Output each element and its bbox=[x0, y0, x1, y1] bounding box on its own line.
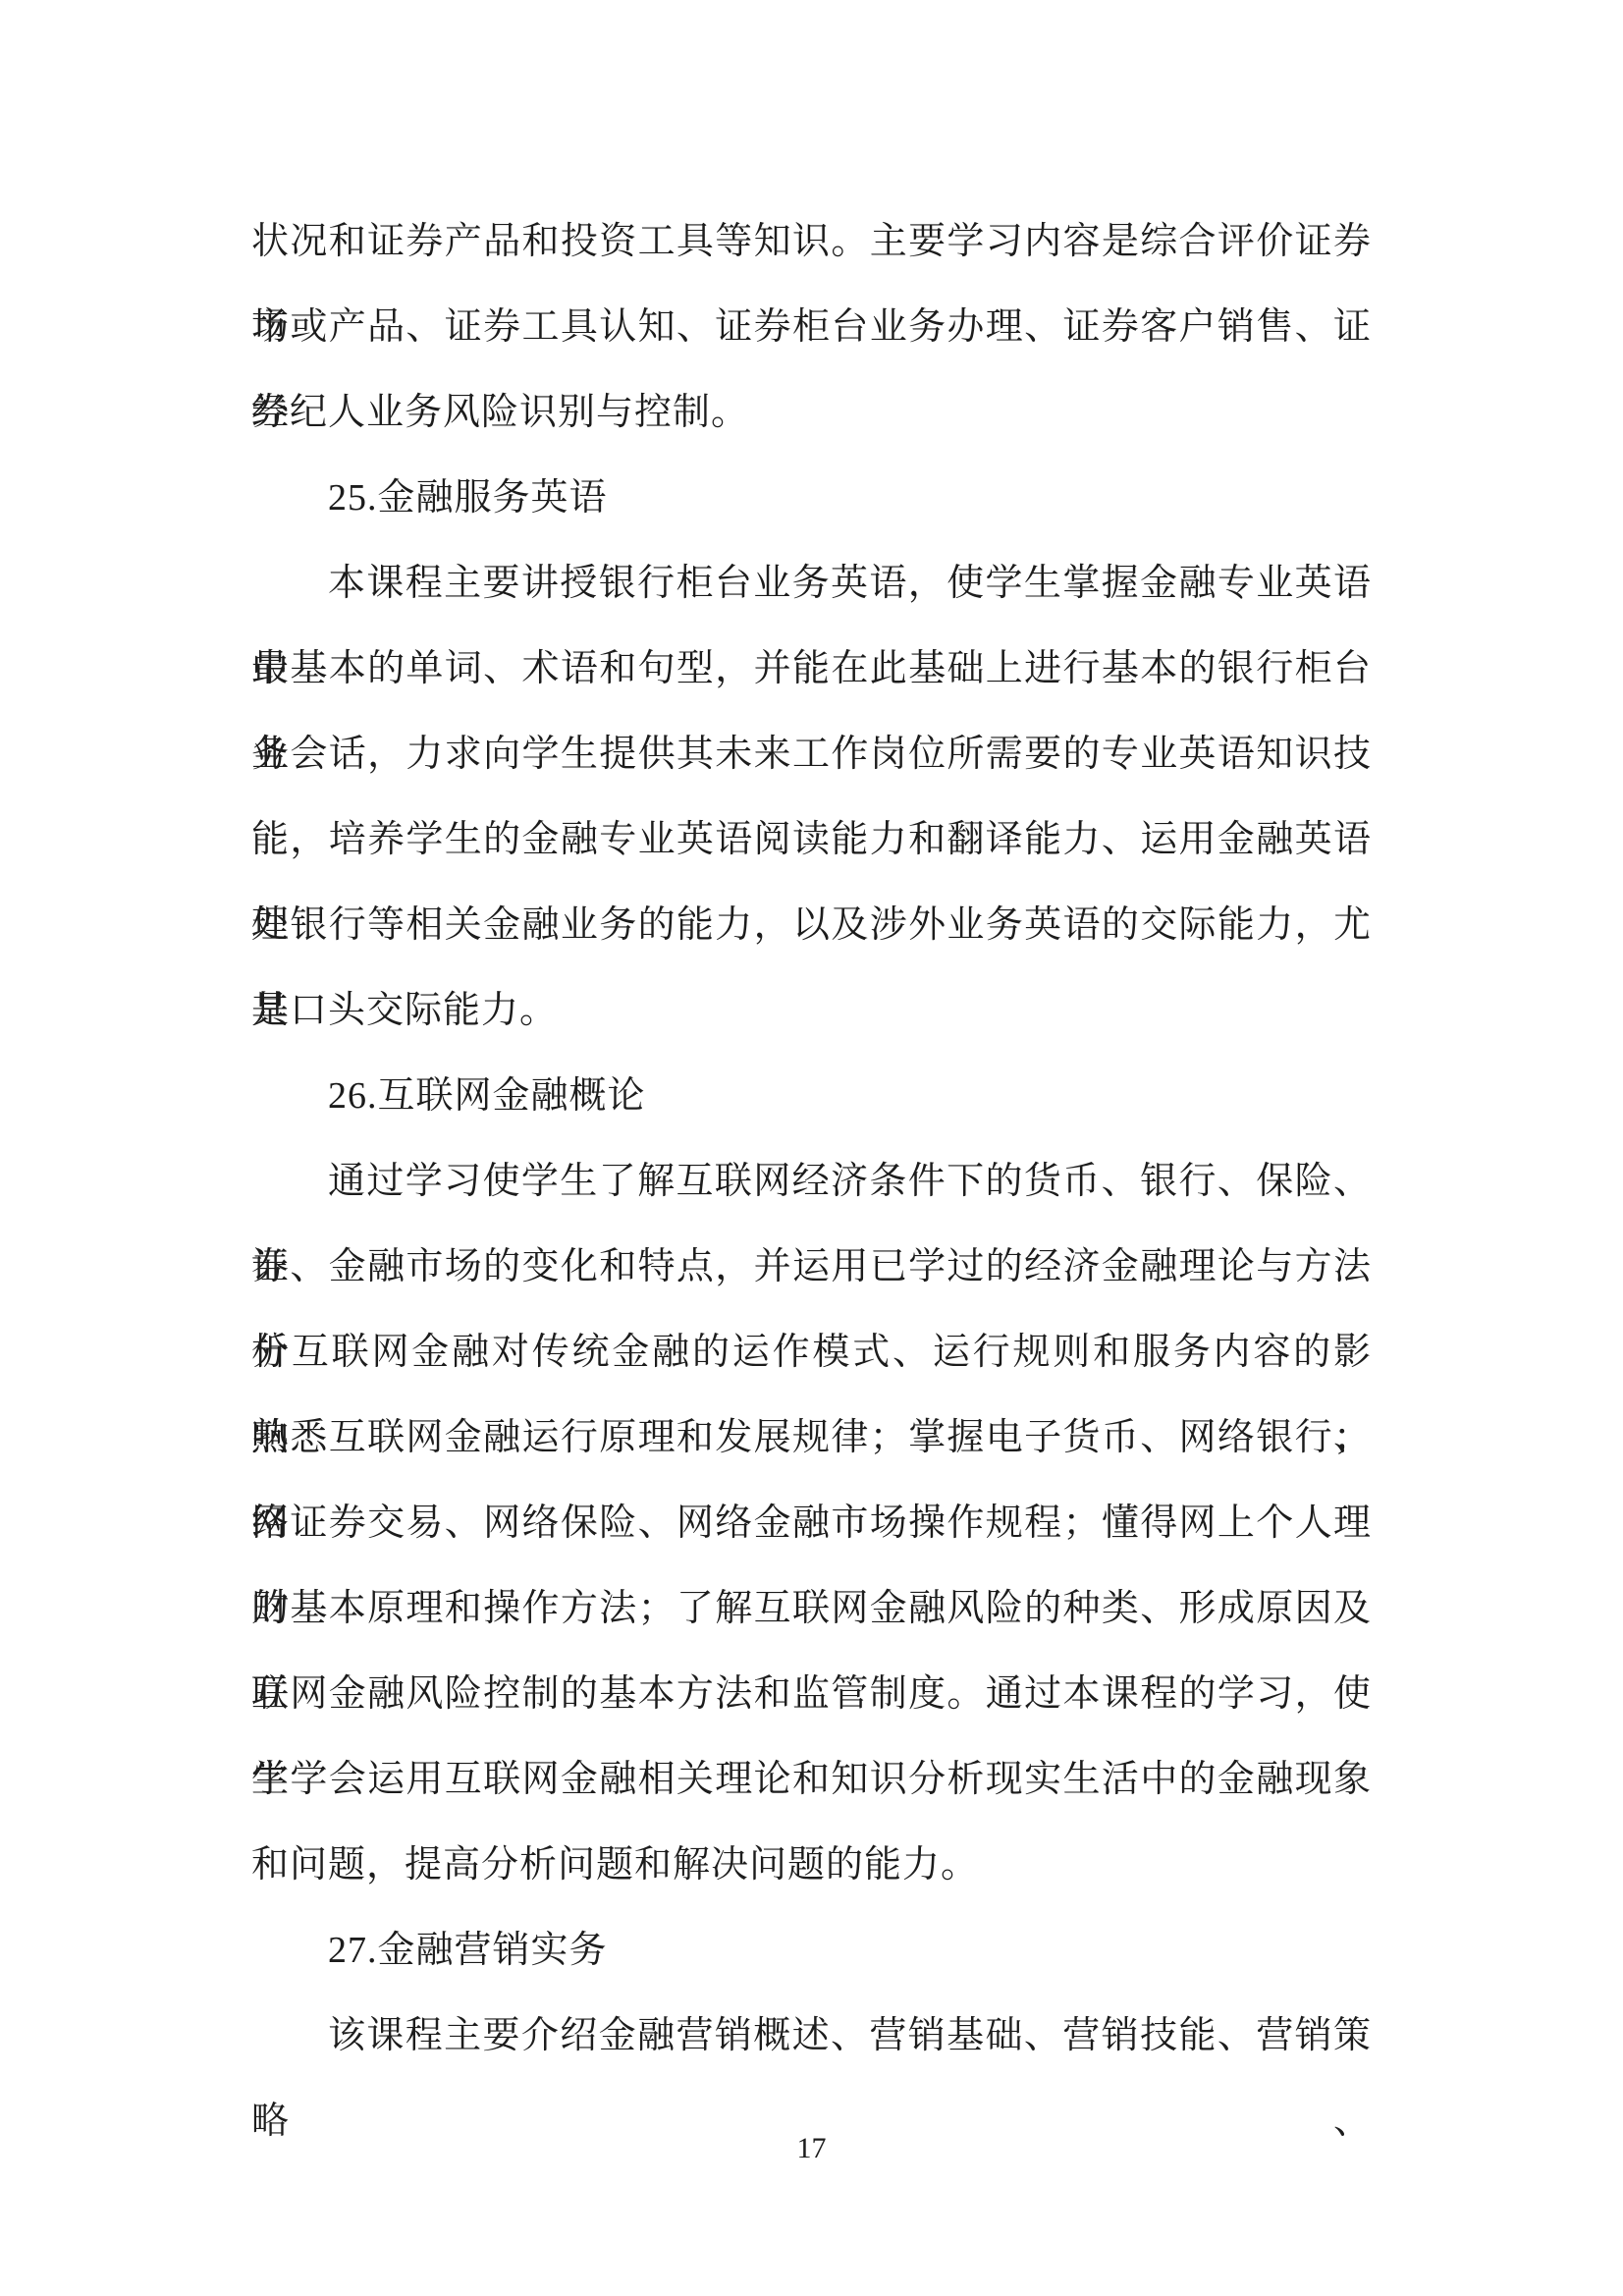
text-line: 和问题，提高分析问题和解决问题的能力。 bbox=[251, 1823, 1372, 1908]
text-line: 析互联网金融对传统金融的运作模式、运行规则和服务内容的影响； bbox=[251, 1310, 1372, 1395]
document-page: 状况和证券产品和投资工具等知识。主要学习内容是综合评价证券市 场或产品、证券工具… bbox=[0, 0, 1623, 2296]
course-heading-26: 26.互联网金融概论 bbox=[251, 1054, 1372, 1139]
text-line: 通过学习使学生了解互联网经济条件下的货币、银行、保险、证 bbox=[251, 1139, 1372, 1225]
text-line: 熟悉互联网金融运行原理和发展规律；掌握电子货币、网络银行、网 bbox=[251, 1395, 1372, 1481]
page-text-body: 状况和证券产品和投资工具等知识。主要学习内容是综合评价证券市 场或产品、证券工具… bbox=[251, 199, 1372, 2079]
text-line: 场或产品、证券工具认知、证券柜台业务办理、证券客户销售、证券 bbox=[251, 285, 1372, 370]
course-heading-25: 25.金融服务英语 bbox=[251, 456, 1372, 541]
text-line: 生学会运用互联网金融相关理论和知识分析现实生活中的金融现象 bbox=[251, 1737, 1372, 1823]
text-line: 本课程主要讲授银行柜台业务英语，使学生掌握金融专业英语中 bbox=[251, 541, 1372, 627]
text-line: 络证券交易、网络保险、网络金融市场操作规程；懂得网上个人理财 bbox=[251, 1481, 1372, 1566]
page-number: 17 bbox=[0, 2129, 1623, 2168]
text-line: 是口头交际能力。 bbox=[251, 968, 1372, 1054]
text-line: 务会话，力求向学生提供其未来工作岗位所需要的专业英语知识技 bbox=[251, 712, 1372, 797]
text-line: 联网金融风险控制的基本方法和监管制度。通过本课程的学习，使学 bbox=[251, 1652, 1372, 1737]
course-heading-27: 27.金融营销实务 bbox=[251, 1908, 1372, 1994]
text-line: 最基本的单词、术语和句型，并能在此基础上进行基本的银行柜台业 bbox=[251, 627, 1372, 712]
text-line: 该课程主要介绍金融营销概述、营销基础、营销技能、营销策略、 bbox=[251, 1994, 1372, 2079]
text-line: 状况和证券产品和投资工具等知识。主要学习内容是综合评价证券市 bbox=[251, 199, 1372, 285]
text-line: 能，培养学生的金融专业英语阅读能力和翻译能力、运用金融英语处 bbox=[251, 797, 1372, 883]
text-line: 的基本原理和操作方法；了解互联网金融风险的种类、形成原因及互 bbox=[251, 1566, 1372, 1652]
text-line: 理银行等相关金融业务的能力，以及涉外业务英语的交际能力，尤其 bbox=[251, 883, 1372, 968]
text-line: 券、金融市场的变化和特点，并运用已学过的经济金融理论与方法分 bbox=[251, 1225, 1372, 1310]
text-line: 经纪人业务风险识别与控制。 bbox=[251, 370, 1372, 456]
